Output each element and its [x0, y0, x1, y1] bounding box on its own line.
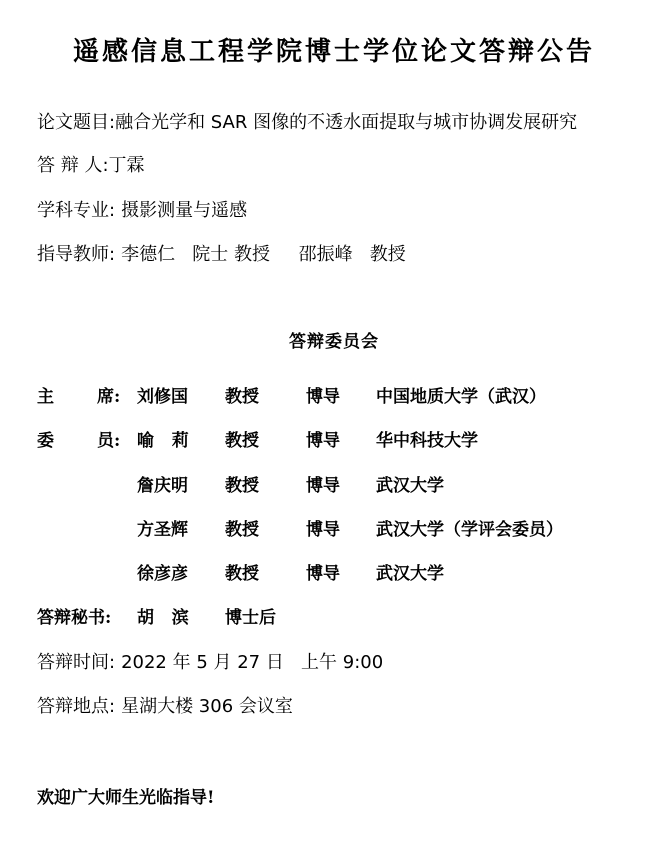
major-label: 学科专业:: [37, 200, 115, 221]
candidate-label: 答 辩 人:: [37, 155, 109, 176]
member-label-2: 员:: [97, 428, 120, 454]
advisor-value: 李德仁 院士 教授 邵振峰 教授: [121, 244, 406, 265]
advisor-line: 指导教师:李德仁 院士 教授 邵振峰 教授: [37, 242, 406, 268]
member-label-1: 委: [37, 428, 54, 454]
member-affiliation: 中国地质大学（武汉）: [376, 384, 546, 410]
committee-row-member: 徐彦彦 教授 博导 武汉大学: [0, 561, 668, 587]
committee-heading: 答辩委员会: [0, 329, 668, 355]
committee-row-member: 方圣辉 教授 博导 武汉大学（学评会委员）: [0, 517, 668, 543]
chair-label-1: 主: [37, 384, 54, 410]
committee-row-chair: 主 席: 刘修国 教授 博导 中国地质大学（武汉）: [0, 384, 668, 410]
secretary-label: 答辩秘书:: [37, 605, 111, 631]
member-title: 教授: [225, 473, 259, 499]
advisor-label: 指导教师:: [37, 244, 115, 265]
member-name: 方圣辉: [137, 517, 188, 543]
member-role: 博导: [306, 428, 340, 454]
member-role: 博导: [306, 473, 340, 499]
member-title: 教授: [225, 561, 259, 587]
member-affiliation: 武汉大学: [376, 473, 444, 499]
candidate-value: 丁霖: [109, 155, 145, 176]
major-line: 学科专业:摄影测量与遥感: [37, 198, 247, 224]
time-value: 2022 年 5 月 27 日 上午 9:00: [121, 652, 383, 673]
secretary-name: 胡 滨: [137, 605, 189, 631]
secretary-line: 答辩秘书: 胡 滨 博士后: [0, 605, 668, 631]
page-title: 遥感信息工程学院博士学位论文答辩公告: [0, 32, 668, 72]
place-label: 答辩地点:: [37, 696, 115, 717]
secretary-title: 博士后: [225, 605, 276, 631]
member-name: 刘修国: [137, 384, 188, 410]
thesis-label: 论文题目:: [37, 112, 115, 133]
welcome-text: 欢迎广大师生光临指导!: [37, 785, 214, 811]
committee-row-member: 詹庆明 教授 博导 武汉大学: [0, 473, 668, 499]
member-affiliation: 武汉大学: [376, 561, 444, 587]
member-title: 教授: [225, 517, 259, 543]
place-line: 答辩地点:星湖大楼 306 会议室: [37, 694, 293, 720]
member-role: 博导: [306, 384, 340, 410]
committee-row-member: 委 员: 喻 莉 教授 博导 华中科技大学: [0, 428, 668, 454]
member-title: 教授: [225, 428, 259, 454]
place-value: 星湖大楼 306 会议室: [121, 696, 293, 717]
member-affiliation: 华中科技大学: [376, 428, 478, 454]
chair-label-2: 席:: [97, 384, 120, 410]
member-title: 教授: [225, 384, 259, 410]
member-name: 喻 莉: [137, 428, 189, 454]
member-role: 博导: [306, 561, 340, 587]
member-name: 徐彦彦: [137, 561, 188, 587]
thesis-value: 融合光学和 SAR 图像的不透水面提取与城市协调发展研究: [115, 112, 577, 133]
member-affiliation: 武汉大学（学评会委员）: [376, 517, 563, 543]
time-line: 答辩时间:2022 年 5 月 27 日 上午 9:00: [37, 650, 383, 676]
member-role: 博导: [306, 517, 340, 543]
member-name: 詹庆明: [137, 473, 188, 499]
thesis-line: 论文题目:融合光学和 SAR 图像的不透水面提取与城市协调发展研究: [37, 110, 577, 136]
time-label: 答辩时间:: [37, 652, 115, 673]
candidate-line: 答 辩 人:丁霖: [37, 153, 145, 179]
major-value: 摄影测量与遥感: [121, 200, 247, 221]
